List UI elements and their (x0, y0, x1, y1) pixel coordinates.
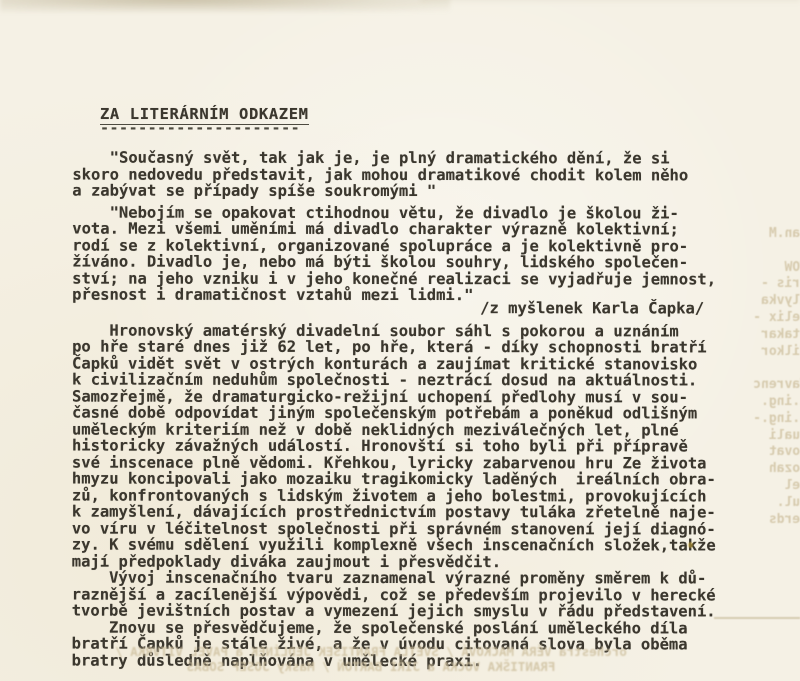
text-line: vota. Mezi všemi uměními má divadlo char… (72, 221, 734, 238)
text-line: časné době odpovídat jiným společenským … (72, 405, 734, 422)
text-line: k zamyšlení, dávajících prostřednictvím … (72, 504, 734, 521)
bleedthrough-text: xelix - (712, 310, 800, 327)
scan-artifact-top-shadow (420, 0, 800, 4)
bleedthrough-text: pozah (712, 461, 800, 478)
text-line: k civilizačním neduhům společnosti - nez… (72, 372, 734, 389)
bleedthrough-right-column: han.M WOWIris -Llyvkaxelix -OtakarVilkor… (712, 226, 800, 562)
bleedthrough-text (712, 360, 800, 377)
text-line: zy. K svému sdělení využili komplexně vš… (72, 537, 734, 554)
text-line: "Současný svět, tak jak je, je plný dram… (72, 150, 734, 167)
bleedthrough-text: verds (712, 512, 800, 529)
bleedthrough-text: tul. (712, 495, 800, 512)
text-line: žíváno. Divadlo je, nebo má býti školou … (72, 254, 734, 271)
scan-artifact-top-smudge (0, 0, 450, 12)
paragraph: "Nebojím se opakovat ctihodnou větu, že … (72, 204, 734, 315)
bleedthrough-text: orchestra VĚRA MACKOVÁ / SVĚTLA FRANTIŠE… (88, 644, 654, 659)
text-line: a zabývat se případy spíše soukromými " (72, 183, 734, 200)
text-line: Vývoj inscenačního tvaru zaznamenal výra… (72, 570, 734, 587)
title-underline-dashes: --------------------- (100, 125, 309, 133)
bleedthrough-text: Vilkor (712, 344, 800, 361)
text-line: historicky závažných událostí. Hronovští… (72, 438, 734, 455)
bleedthrough-text: han.M (712, 226, 800, 243)
paragraph: Hronovský amatérský divadelní soubor sáh… (72, 322, 734, 570)
bleedthrough-text: Wavrenc (712, 377, 800, 394)
bleedthrough-text: Del (712, 478, 800, 495)
bleedthrough-text: FRANTIŠKA VOCKA a JIŘÍ BARTOŇ / Masky JO… (88, 659, 654, 674)
document-body: "Současný svět, tak jak je, je plný dram… (72, 150, 735, 670)
text-line: po hře staré dnes již 62 let, po hře, kt… (72, 339, 734, 356)
bleedthrough-text (712, 528, 800, 545)
bleedthrough-text: WOW (712, 260, 800, 277)
paragraph: Vývoj inscenačního tvaru zaznamenal výra… (72, 570, 734, 620)
bleedthrough-text (712, 243, 800, 260)
bleedthrough-text: 1.ing. (712, 394, 800, 411)
bleedthrough-text: Iris - (712, 276, 800, 293)
bleedthrough-text (712, 545, 800, 562)
bleedthrough-text: Otakar (712, 327, 800, 344)
document-title: ZA LITERÁRNÍM ODKAZEM (100, 105, 309, 125)
paragraph: "Současný svět, tak jak je, je plný dram… (72, 150, 734, 200)
scan-artifact-speck (688, 542, 693, 548)
bleedthrough-text: quali (712, 428, 800, 445)
text-line: tvorbě jevištních postav a vymezení jeji… (72, 603, 734, 620)
scanned-document-page: ZA LITERÁRNÍM ODKAZEM ------------------… (0, 0, 800, 681)
bleedthrough-bottom-lines: orchestra VĚRA MACKOVÁ / SVĚTLA FRANTIŠE… (88, 644, 654, 674)
bleedthrough-text: kovat (712, 444, 800, 461)
bleedthrough-text: 2.ing.- (712, 411, 800, 428)
document-title-block: ZA LITERÁRNÍM ODKAZEM ------------------… (100, 104, 309, 133)
text-line: hmyzu koncipovali jako mozaiku tragikomi… (72, 471, 734, 488)
bleedthrough-text: Llyvka (712, 293, 800, 310)
bleedthrough-rule (714, 617, 800, 619)
